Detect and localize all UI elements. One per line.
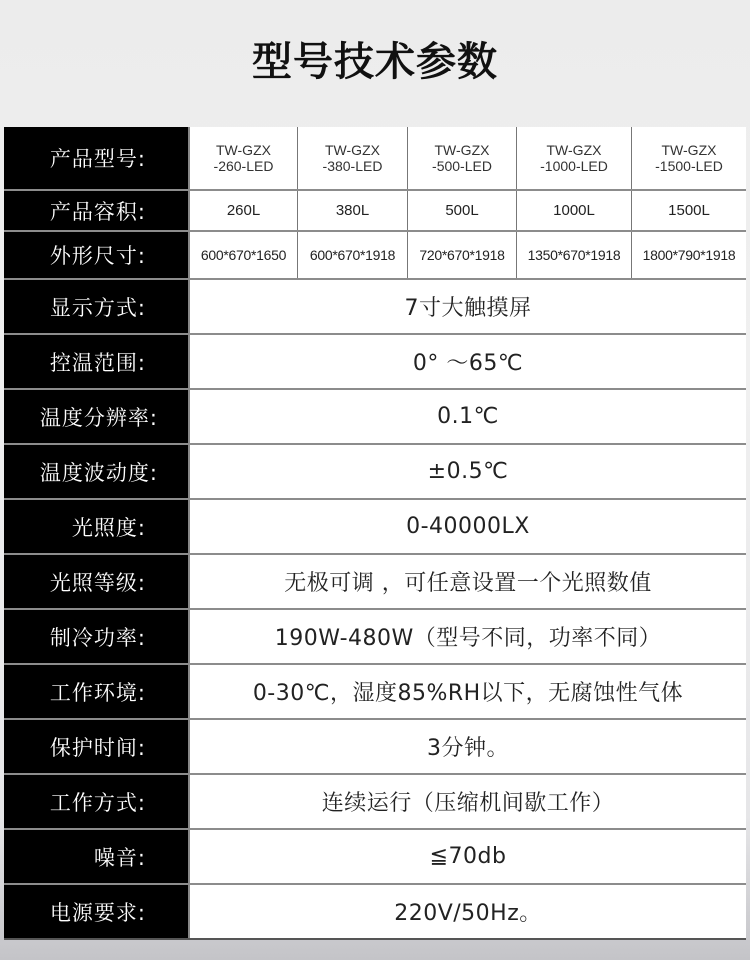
table-row-cooling-power: 制冷功率: 190W-480W（型号不同，功率不同）: [4, 610, 746, 665]
table-row-temp-resolution: 温度分辨率: 0.1℃: [4, 390, 746, 445]
spec-value: ≦70db: [190, 830, 746, 883]
model-cell: TW-GZX-500-LED: [408, 127, 517, 189]
table-row-dimensions: 外形尺寸: 600*670*1650 600*670*1918 720*670*…: [4, 232, 746, 280]
spec-value: 7寸大触摸屏: [190, 280, 746, 333]
dimension-cell: 1350*670*1918: [517, 232, 632, 278]
table-row-temp-fluctuation: 温度波动度: ±0.5℃: [4, 445, 746, 500]
table-row-display: 显示方式: 7寸大触摸屏: [4, 280, 746, 335]
volume-cell: 260L: [190, 191, 298, 230]
table-row-temp-range: 控温范围: 0° ～65℃: [4, 335, 746, 390]
spec-value: ±0.5℃: [190, 445, 746, 498]
spec-value: 190W-480W（型号不同，功率不同）: [190, 610, 746, 663]
volume-cell: 500L: [408, 191, 517, 230]
row-label: 工作环境:: [4, 665, 190, 718]
row-label: 控温范围:: [4, 335, 190, 388]
row-label: 温度分辨率:: [4, 390, 190, 443]
table-row-environment: 工作环境: 0-30℃，湿度85%RH以下，无腐蚀性气体: [4, 665, 746, 720]
row-label: 产品型号:: [4, 127, 190, 189]
row-label: 显示方式:: [4, 280, 190, 333]
model-cell: TW-GZX-260-LED: [190, 127, 298, 189]
table-row-volume: 产品容积: 260L 380L 500L 1000L 1500L: [4, 191, 746, 232]
table-row-noise: 噪音: ≦70db: [4, 830, 746, 885]
spec-value: 220V/50Hz。: [190, 885, 746, 938]
spec-value: 3分钟。: [190, 720, 746, 773]
row-label: 保护时间:: [4, 720, 190, 773]
dimension-cell: 1800*790*1918: [632, 232, 746, 278]
row-label: 电源要求:: [4, 885, 190, 938]
row-label: 制冷功率:: [4, 610, 190, 663]
table-row-protection-time: 保护时间: 3分钟。: [4, 720, 746, 775]
row-label: 温度波动度:: [4, 445, 190, 498]
row-label: 光照等级:: [4, 555, 190, 608]
row-label: 噪音:: [4, 830, 190, 883]
volume-cell: 380L: [298, 191, 408, 230]
row-label: 工作方式:: [4, 775, 190, 828]
volume-cell: 1500L: [632, 191, 746, 230]
dimension-cell: 720*670*1918: [408, 232, 517, 278]
row-label: 光照度:: [4, 500, 190, 553]
model-cell: TW-GZX-1500-LED: [632, 127, 746, 189]
dimension-cell: 600*670*1650: [190, 232, 298, 278]
spec-value: 0-30℃，湿度85%RH以下，无腐蚀性气体: [190, 665, 746, 718]
model-cell: TW-GZX-1000-LED: [517, 127, 632, 189]
spec-value: 0-40000LX: [190, 500, 746, 553]
dimension-cell: 600*670*1918: [298, 232, 408, 278]
table-row-illuminance: 光照度: 0-40000LX: [4, 500, 746, 555]
volume-cell: 1000L: [517, 191, 632, 230]
table-row-model: 产品型号: TW-GZX-260-LED TW-GZX-380-LED TW-G…: [4, 127, 746, 191]
table-row-work-mode: 工作方式: 连续运行（压缩机间歇工作）: [4, 775, 746, 830]
spec-value: 0.1℃: [190, 390, 746, 443]
spec-value: 0° ～65℃: [190, 335, 746, 388]
table-row-light-level: 光照等级: 无极可调 ，可任意设置一个光照数值: [4, 555, 746, 610]
spec-value: 连续运行（压缩机间歇工作）: [190, 775, 746, 828]
table-row-power-supply: 电源要求: 220V/50Hz。: [4, 885, 746, 940]
page-title: 型号技术参数: [0, 30, 750, 87]
spec-value: 无极可调 ，可任意设置一个光照数值: [190, 555, 746, 608]
model-cell: TW-GZX-380-LED: [298, 127, 408, 189]
spec-table: 产品型号: TW-GZX-260-LED TW-GZX-380-LED TW-G…: [4, 127, 746, 940]
row-label: 产品容积:: [4, 191, 190, 230]
row-label: 外形尺寸:: [4, 232, 190, 278]
